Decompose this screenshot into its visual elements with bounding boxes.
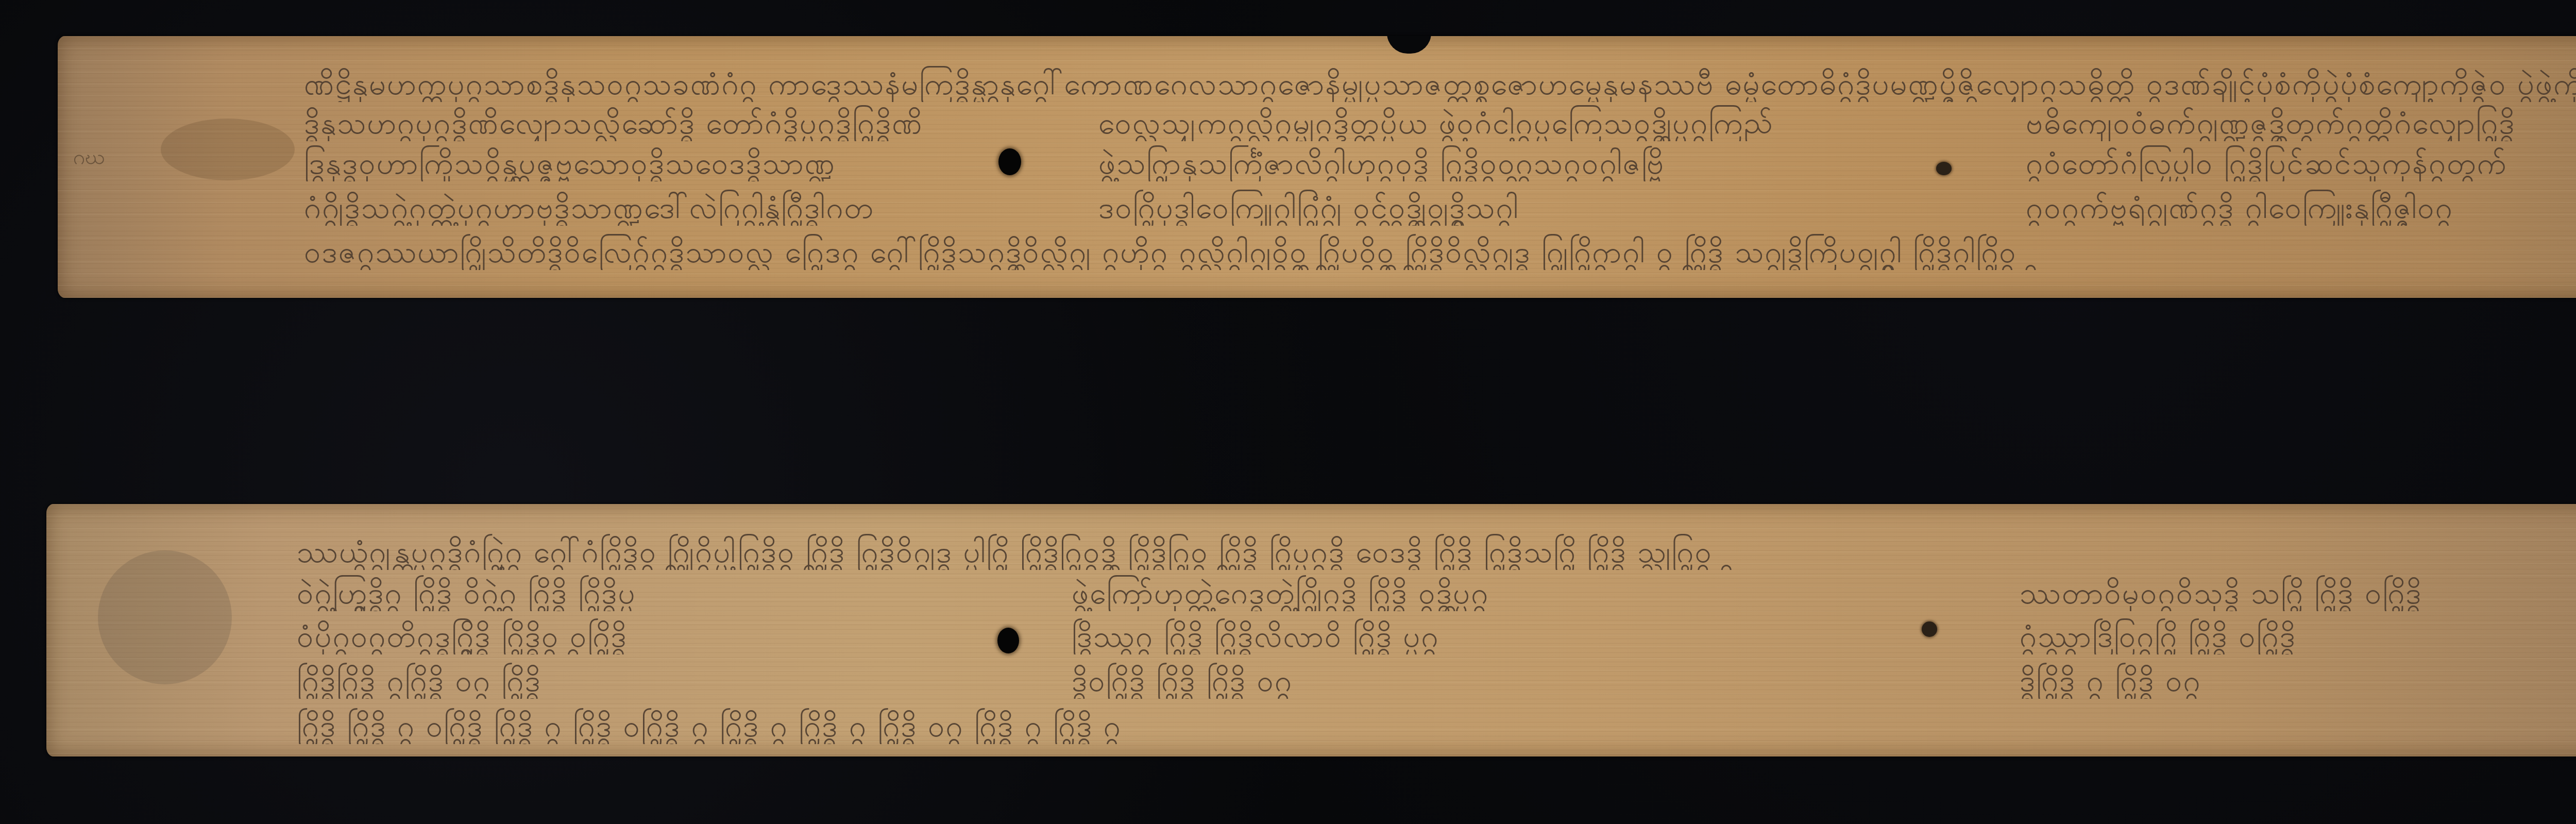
palm-leaf-bottom: ဿယွံဂ္ဂုန္တပ္ပဂ္ဂဒ္ဓိဂံဂ္ဂြဲ့ဂ္ဂ ဂ္ဂေါ်ဂ… [46, 504, 2576, 756]
script-line: ဿယွံဂ္ဂုန္တပ္ပဂ္ဂဒ္ဓိဂံဂ္ဂြဲ့ဂ္ဂ ဂ္ဂေါ်ဂ… [297, 534, 2576, 570]
binding-hole [998, 148, 1021, 175]
palm-leaf-top: ဂဃ ဏိဋ္ဌိနုမဟက္ကပုဂ္ဂသာစဒ္ဓိနုသဝဂ္ဂသခဏံဂ… [58, 36, 2576, 298]
script-line: ဒြွနုဒ္ဓဝှဟာကြိုသဝ္ဂ္ဂိန္မွပဇ္ဇဗ္ဗသောဝုဒ… [304, 145, 963, 181]
script-line: ဗဓိကျေဝဝံဓက်ဂ္ဂုဏ္ဍဇ္ဂ္ဂဒ္ဓိတွက်ဂ္ဂတ္တိဂ… [2026, 105, 2576, 141]
script-line: ဒ၀ဂ္ဂြိပုဒ္ဓါဝေကြူဂ္ဂါဂ္ဂြံဂ္ဂုံ ဝ္ဂ္ဂင်… [1098, 190, 1912, 226]
binding-hole [1936, 162, 1952, 175]
script-line: ဝေလ္လသျှကဂ္ဂလ္လိဂ္ဂမ္မုဂ္ဂဒ္ဒိတ္ထပ္ပိယ ဖ… [1098, 105, 1912, 141]
script-line: ဂ္ဂဝဂ္ဂက်ဗ္ဗရံဂ္ဂုဏ်ဂ္ဂဒ္ဓိ ဂ္ဂါဝေကြူးနှ… [2026, 190, 2576, 226]
script-line: ဝံပိုဂ္ဂဝဂ္ဂတိဂ္ဂဒ္ဓဂ္ဂ္ဂြိဒ္ဓိ ဂ္ဂြိဒ္ဓ… [297, 618, 925, 654]
stain [98, 550, 232, 684]
script-line: ဒ္ဓိဝဂ္ဂြိဒ္ဓိ ဂ္ဂြိဒ္ဓိ ဂ္ဂြိဒ္ဓိ ဝဂ္ဂ [1072, 663, 1855, 699]
script-line: ဏိဋ္ဌိနုမဟက္ကပုဂ္ဂသာစဒ္ဓိနုသဝဂ္ဂသခဏံဂံဂ္… [304, 66, 2576, 102]
edge-notch [1387, 36, 1431, 54]
script-line: ဖွဲ့ကြော်ဟုတ္တဲ့ဂေဒ္ဓတွဲ့ဂ္ဂြိုဂ္ဂဒ္ဓိ ဂ… [1072, 575, 1855, 611]
script-line: ဿတာဝိမုဝဂ္ဂဝိသုဒ္ဓိ သဂ္ဂြိ ဂ္ဂြိဒ္ဓိ ဝဂ္… [2020, 575, 2576, 611]
script-line: ဒ္ဓိဂ္ဂြိဒ္ဓိ ဂ္ဂ ဂ္ဂြိဒ္ဓိ ဝဂ္ဂ [2020, 663, 2576, 699]
script-line: ဝဒဇဂ္ဂဿယာဂ္ဂြိုသိတိဒ္ဓိဝိလြေဂ္ဂ်ဂ္ဂဒ္ဓိသ… [304, 234, 2576, 270]
folio-mark: ဂဃ [73, 144, 105, 170]
stain [161, 119, 295, 180]
script-line: ဒြွိဿွဂ္ဂ ဂ္ဂြိဒ္ဓိ ဂ္ဂြိဒ္ဓိလိလာဝိ ဂ္ဂြ… [1072, 618, 1855, 654]
script-line: ဂ္ဂဝံတော်ဂံလြှပ္ပါဝ ဂ္ဂြဒ္ဓိပြင်ဆင်သူကုန… [2026, 145, 2576, 181]
script-line: ဝဲဂ္ဂဲ့ဟ္ဂ္ဂြဒ္ဓိဂ္ဂ ဂ္ဂြိဒ္ဓိ ဝိဂ္ဂဲ့ဂ္… [297, 575, 925, 611]
binding-hole [1922, 621, 1937, 637]
binding-hole [997, 628, 1019, 653]
script-line: ဂ္ဂြိဒ္ဓိ ဂ္ဂြိဒ္ဓိ ဂ္ဂ ဝဂ္ဂြိဒ္ဓိ ဂ္ဂြိ… [297, 708, 2576, 744]
script-line: ဂ္ဂြိဒ္ဓိဂ္ဂြိဒ္ဓိ ဂ္ဂဂ္ဂြိဒ္ဓိ ဝဂ္ဂ ဂ္ဂ… [297, 663, 925, 699]
script-line: ဖွဲ့သဂ္ဂြာနုသင်္ကြံဇာလိဂ္ဂါဟုဂ္ဂဝုဒ္ဓိ ဂ… [1098, 145, 1912, 181]
script-line: ဂံဂ္ဂိုဒ္ဓိသဂ္ဂဲ့ဂုတ္တဲ့ပုဂ္ဂဟာဗုဒ္ဓိသာဏ… [304, 190, 963, 226]
script-line: ဂ္ဂွံဿွာဒြိဝြဂ္ဂဂ္ဂြိ ဂ္ဂြိဒ္ဓိ ဝဂ္ဂြိဒ္… [2020, 618, 2576, 654]
script-line: ဒ္ဓိနုသဟဂ္ဂပုဂ္ဂဒ္ဓိဏိလျှောသလ္လိဆော်ဒ္ဓိ… [304, 105, 963, 141]
